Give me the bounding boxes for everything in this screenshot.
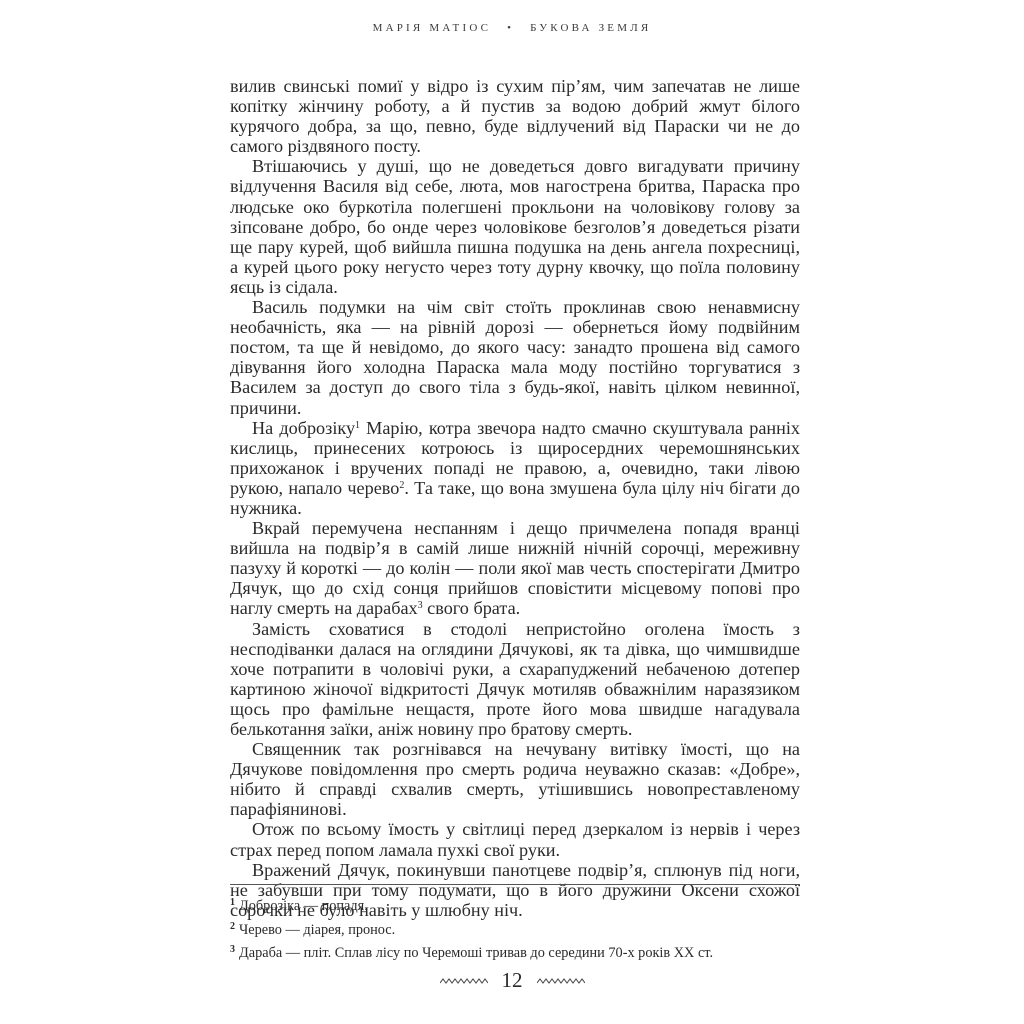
running-head: МАРІЯ МАТІОС • БУКОВА ЗЕМЛЯ [0,22,1024,34]
footnote-text: Доброзіка — попадя. [239,898,368,914]
page-number: 12 [502,968,523,993]
body-text: вилив свинські помиї у відро із сухим пі… [230,76,800,920]
paragraph-text: свого брата. [423,598,521,618]
footnote: 1Доброзіка — попадя. [230,893,800,917]
paragraph: Священник так розгнівався на нечувану ви… [230,739,800,819]
paragraph: Василь подумки на чім світ стоїть прокли… [230,297,800,418]
running-head-title: БУКОВА ЗЕМЛЯ [530,22,651,34]
footnotes: 1Доброзіка — попадя. 2Черево — діарея, п… [230,893,800,964]
running-head-separator: • [507,22,514,34]
footnote-number: 1 [230,897,235,908]
footnote-divider [230,884,800,885]
running-head-author: МАРІЯ МАТІОС [373,22,492,34]
paragraph: Втішаючись у душі, що не доведеться довг… [230,156,800,297]
footnote: 3Дараба — пліт. Сплав лісу по Черемоші т… [230,940,800,964]
paragraph: Отож по всьому їмость у світлиці перед д… [230,819,800,859]
paragraph: На доброзіку1 Марію, котра звечора надто… [230,418,800,518]
paragraph-text: На доброзіку [252,418,355,438]
footnote-number: 2 [230,921,235,932]
footnote-number: 3 [230,944,235,955]
wave-ornament-left-icon [440,977,488,985]
footnote: 2Черево — діарея, пронос. [230,917,800,941]
footnote-text: Черево — діарея, пронос. [239,922,395,938]
page-footer: 12 [0,968,1024,993]
paragraph: вилив свинські помиї у відро із сухим пі… [230,76,800,156]
wave-ornament-right-icon [537,977,585,985]
paragraph: Замість сховатися в стодолі непристойно … [230,619,800,740]
paragraph: Вкрай перемучена неспанням і дещо причме… [230,518,800,618]
footnote-text: Дараба — пліт. Сплав лісу по Черемоші тр… [239,945,713,961]
